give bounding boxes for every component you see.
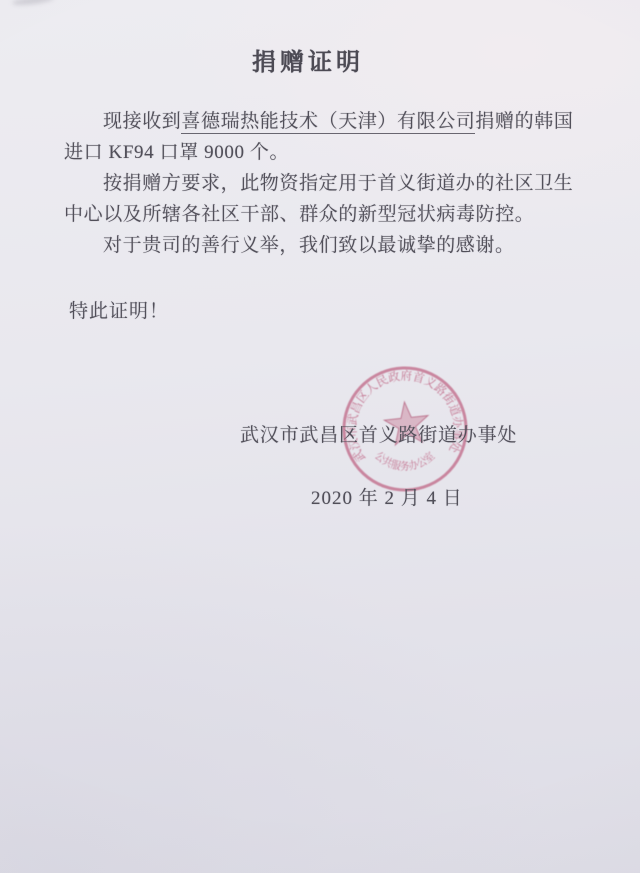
seal-bottom-text: 公共服务办公室 [372,448,438,474]
issuing-office-signature: 武汉市武昌区首义路街道办事处 [240,420,517,447]
paragraph-2-line-2: 中心以及所辖各社区干部、群众的新型冠状病毒防控。 [64,199,584,230]
paragraph-1-line-2: 进口 KF94 口罩 9000 个。 [64,137,584,168]
attestation-line: 特此证明！ [69,296,169,323]
document-title: 捐赠证明 [0,42,616,77]
issue-date: 2020 年 2 月 4 日 [311,483,463,510]
paragraph-3: 对于贵司的善行义举，我们致以最诚挚的感谢。 [64,230,584,261]
paragraph-2-line-1: 按捐赠方要求，此物资指定用于首义街道办的社区卫生 [64,168,584,199]
seal-bottom-text-path: 公共服务办公室 [372,448,438,474]
document-body: 现接收到喜德瑞热能技术（天津）有限公司捐赠的韩国 进口 KF94 口罩 9000… [64,106,584,261]
paragraph-1-line-1: 现接收到喜德瑞热能技术（天津）有限公司捐赠的韩国 [64,106,584,137]
paragraph-1-prefix: 现接收到 [103,111,181,132]
paper-fold-shadow [12,0,55,7]
document-photo: 捐赠证明 现接收到喜德瑞热能技术（天津）有限公司捐赠的韩国 进口 KF94 口罩… [0,0,640,873]
donor-company-name-underlined: 喜德瑞热能技术（天津）有限公司 [181,111,475,134]
paragraph-1-suffix: 捐赠的韩国 [475,111,573,132]
